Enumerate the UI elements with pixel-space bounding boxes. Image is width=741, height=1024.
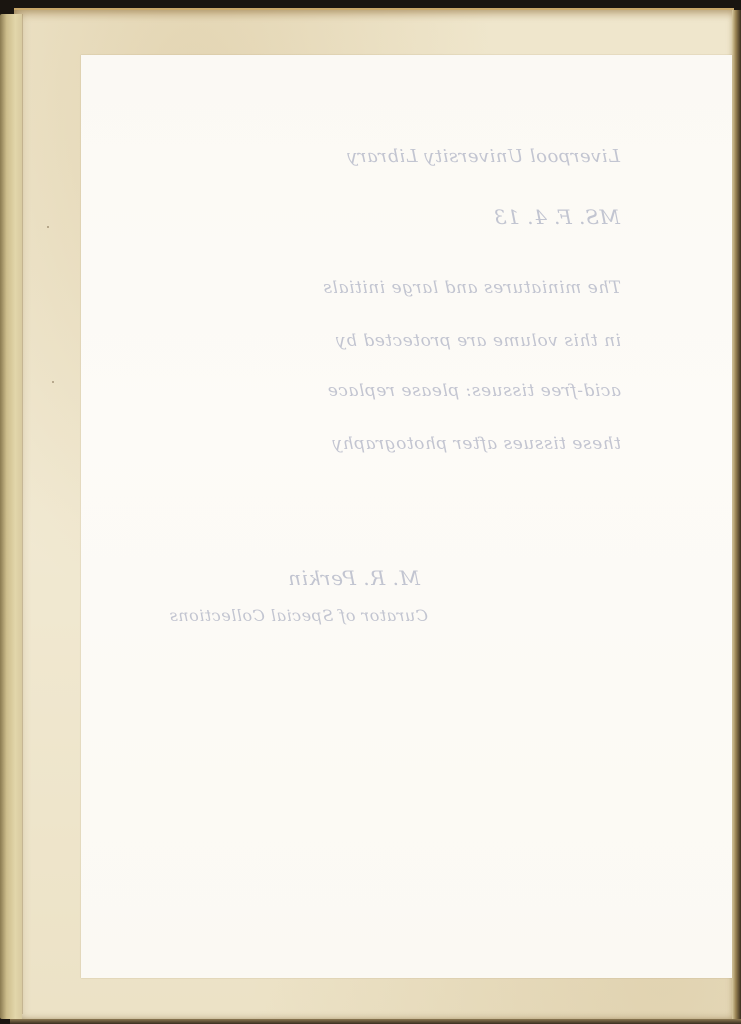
left-leaf-edge [0,14,22,1019]
note-shelfmark: MS. F. 4. 13 [485,205,620,229]
right-spine-shadow [732,10,741,1020]
note-signature-title: Curator of Special Collections [126,606,428,625]
bottom-edge-shadow [10,1019,741,1024]
paper-speck [52,381,54,383]
pasted-note-sheet [81,55,732,978]
note-body-line: these tissues after photography [288,434,621,454]
note-body-line: acid-free tissues: please replace [243,381,621,401]
scanned-page: Liverpool University Library MS. F. 4. 1… [0,0,741,1024]
note-body-line: The miniatures and large initials [238,278,621,298]
note-body-line: in this volume are protected by [268,331,621,351]
leaf-fold-line [22,14,23,1014]
note-institution: Liverpool University Library [308,146,620,167]
note-signature-name: M. R. Perkin [270,566,420,590]
paper-speck [47,226,49,228]
